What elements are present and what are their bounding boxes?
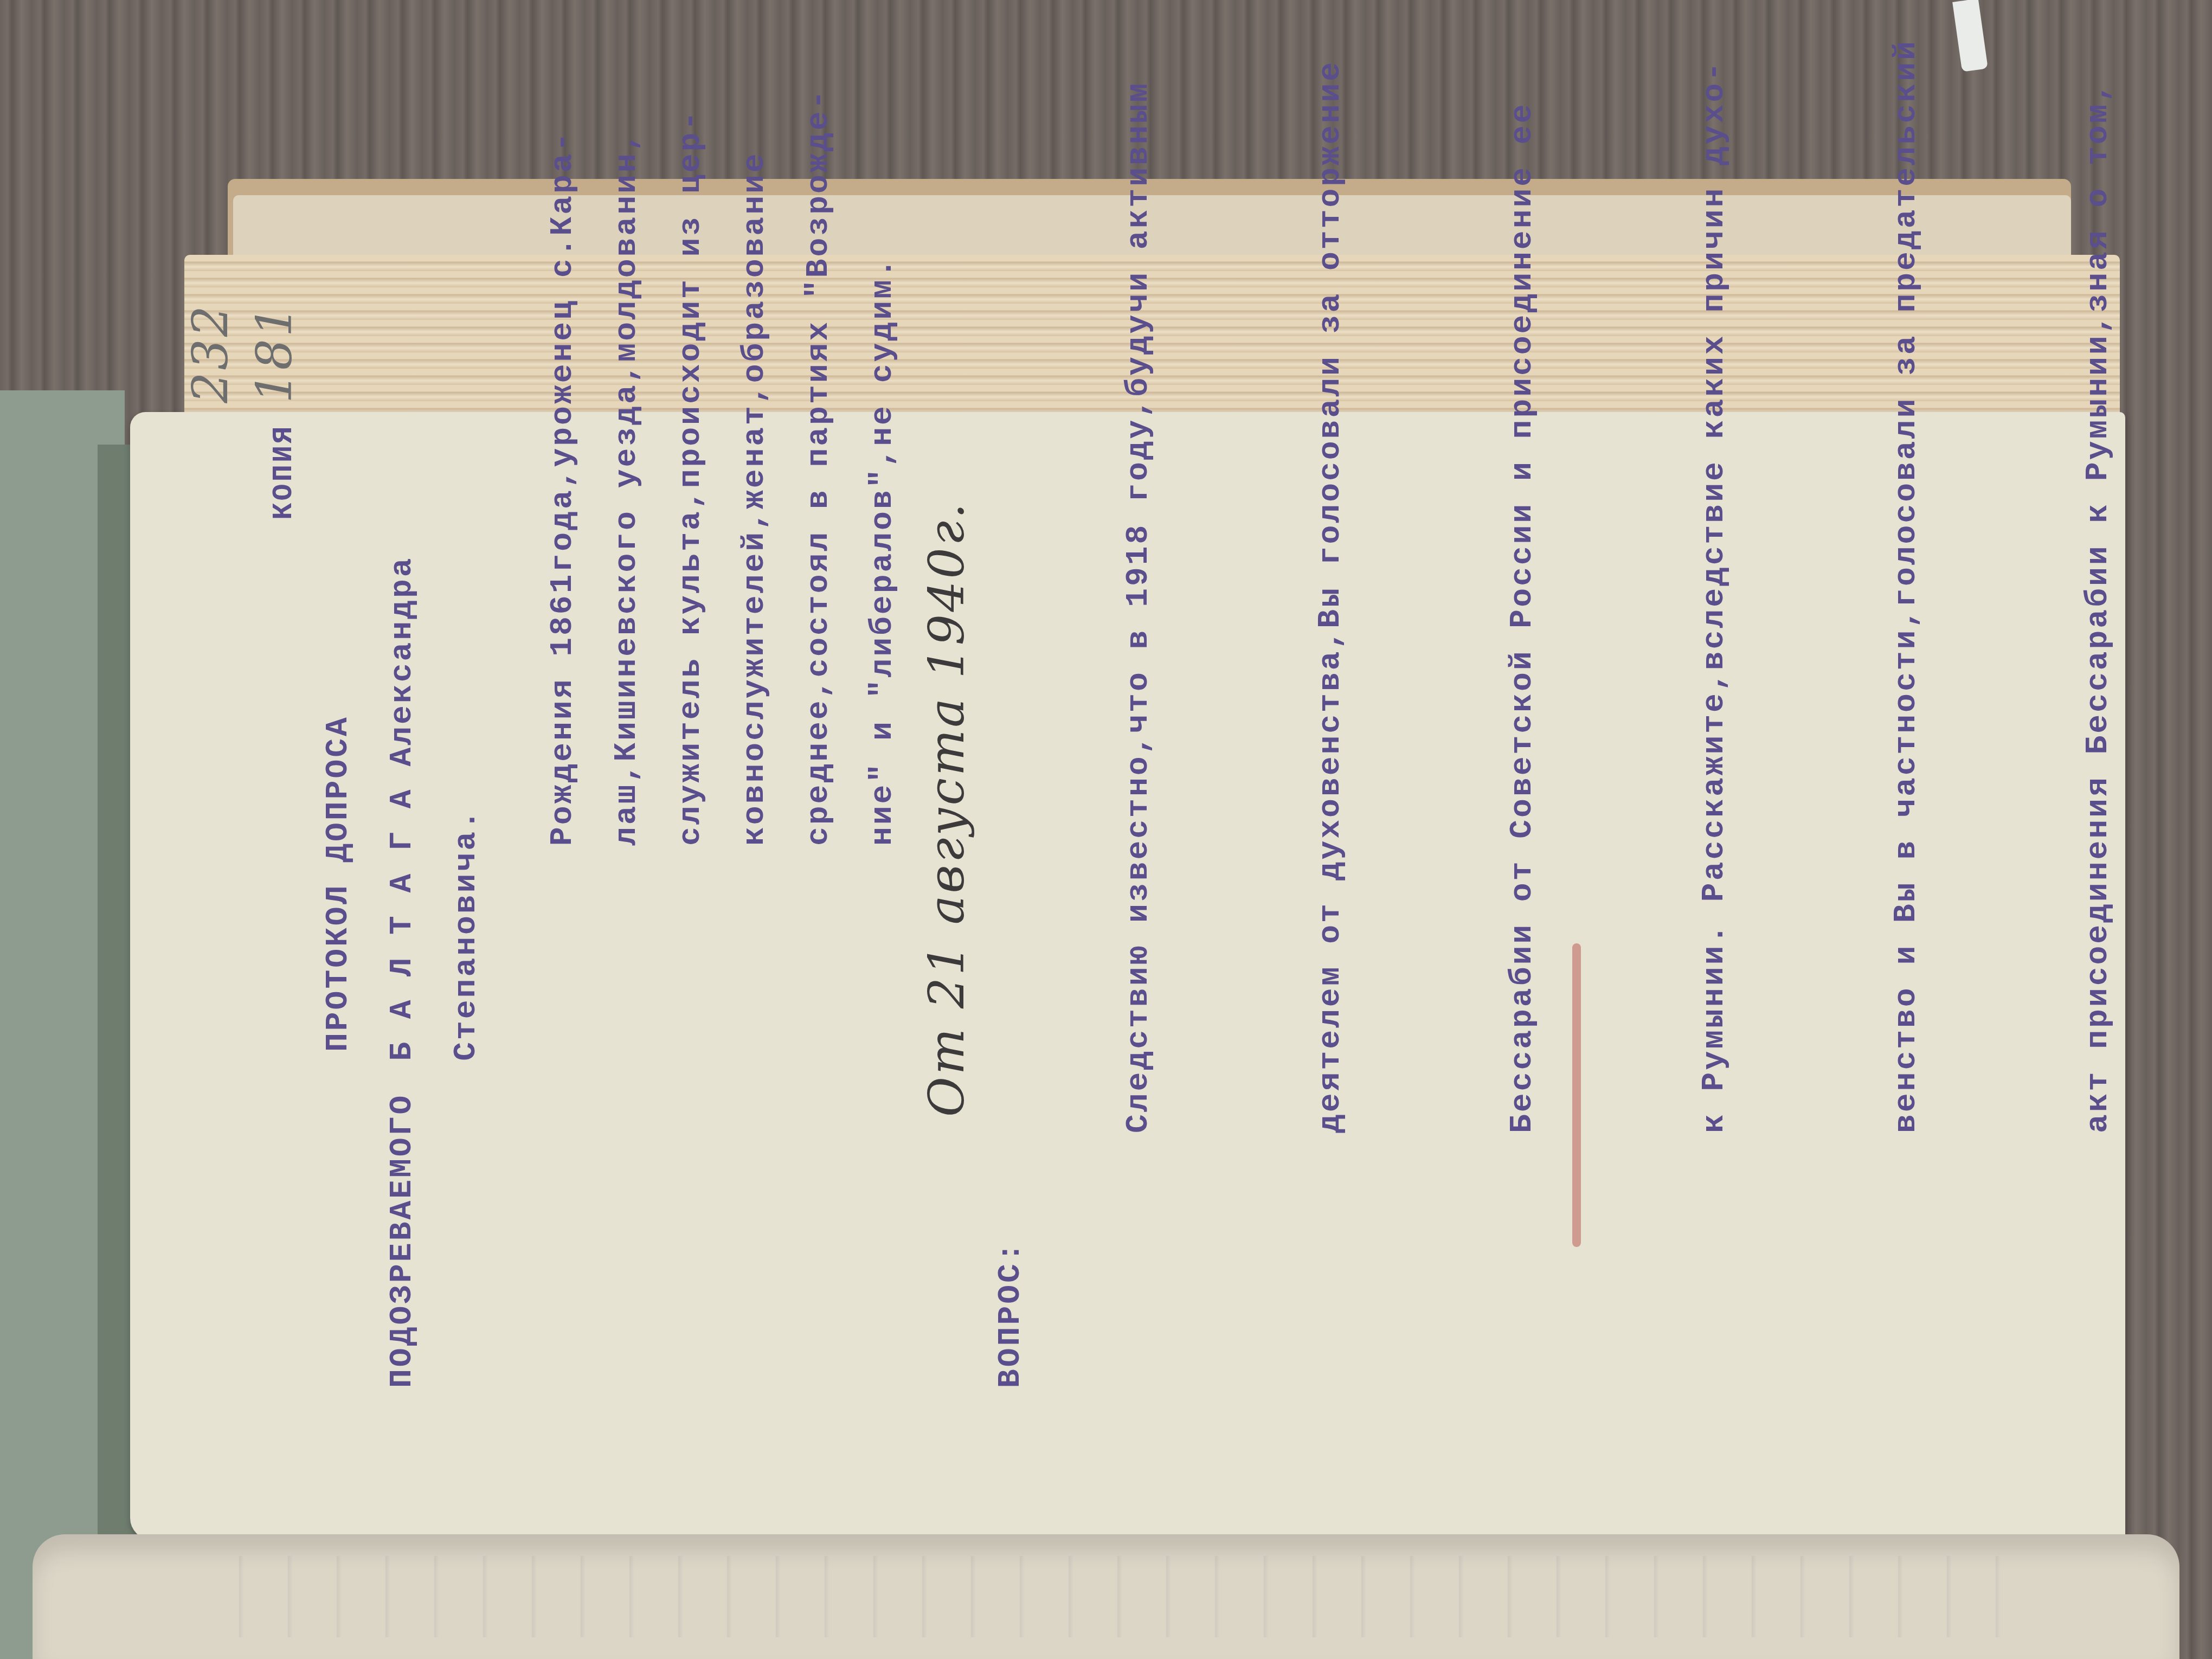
bio-line: ние" и "либералов",не судим. — [851, 304, 915, 846]
subject-name: Б А Л Т А Г А Александра Степановича. — [371, 304, 499, 1061]
page-number-handwritten: 232 — [179, 304, 243, 403]
facing-page — [33, 1534, 2179, 1659]
bio-line: лаш,Кишиневского уезда,молдованин, — [595, 304, 659, 846]
copy-stamp: КОПИЯ — [268, 425, 300, 520]
question-line: Бессарабии от Советской России и присоед… — [1491, 39, 1555, 1133]
document-title: ПРОТОКОЛ ДОПРОСА — [307, 715, 371, 1052]
bio-line: служитель культа,происходит из цер- — [659, 304, 723, 846]
subject-prefix: ПОДОЗРЕВАЕМОГО — [371, 1061, 499, 1388]
typed-document: 232 КОПИЯ 181 ПРОТОКОЛ ДОПРОСА ПОДОЗРЕВА… — [179, 304, 2022, 1388]
bio-line: Рождения 1861года,уроженец с.Кара- — [531, 304, 595, 846]
page-number-crossed: 181 — [246, 304, 303, 403]
question-block: ВОПРОС: Следствию известно,что в 1918 го… — [979, 304, 2212, 1388]
interrogation-date: От 21 августа 1940г. — [915, 304, 979, 1388]
bio-block: Рождения 1861года,уроженец с.Кара- лаш,К… — [531, 304, 915, 1388]
question-line: Следствию известно,что в 1918 году,будуч… — [1107, 39, 1171, 1133]
facing-page-bleedthrough — [195, 1556, 2039, 1637]
question-line: венство и Вы в частности,голосовали за п… — [1875, 39, 1939, 1133]
question-line: к Румынии. Расскажите,вследствие каких п… — [1683, 39, 1747, 1133]
bio-line: среднее,состоял в партиях "Возрожде- — [787, 304, 851, 846]
question-line: деятелем от духовенства,Вы голосовали за… — [1299, 39, 1363, 1133]
question-label: ВОПРОС: — [979, 1133, 2212, 1388]
question-line: акт присоединения Бессарабии к Румынии,з… — [2067, 39, 2131, 1133]
bio-line: ковнослужителей,женат,образование — [723, 304, 787, 846]
